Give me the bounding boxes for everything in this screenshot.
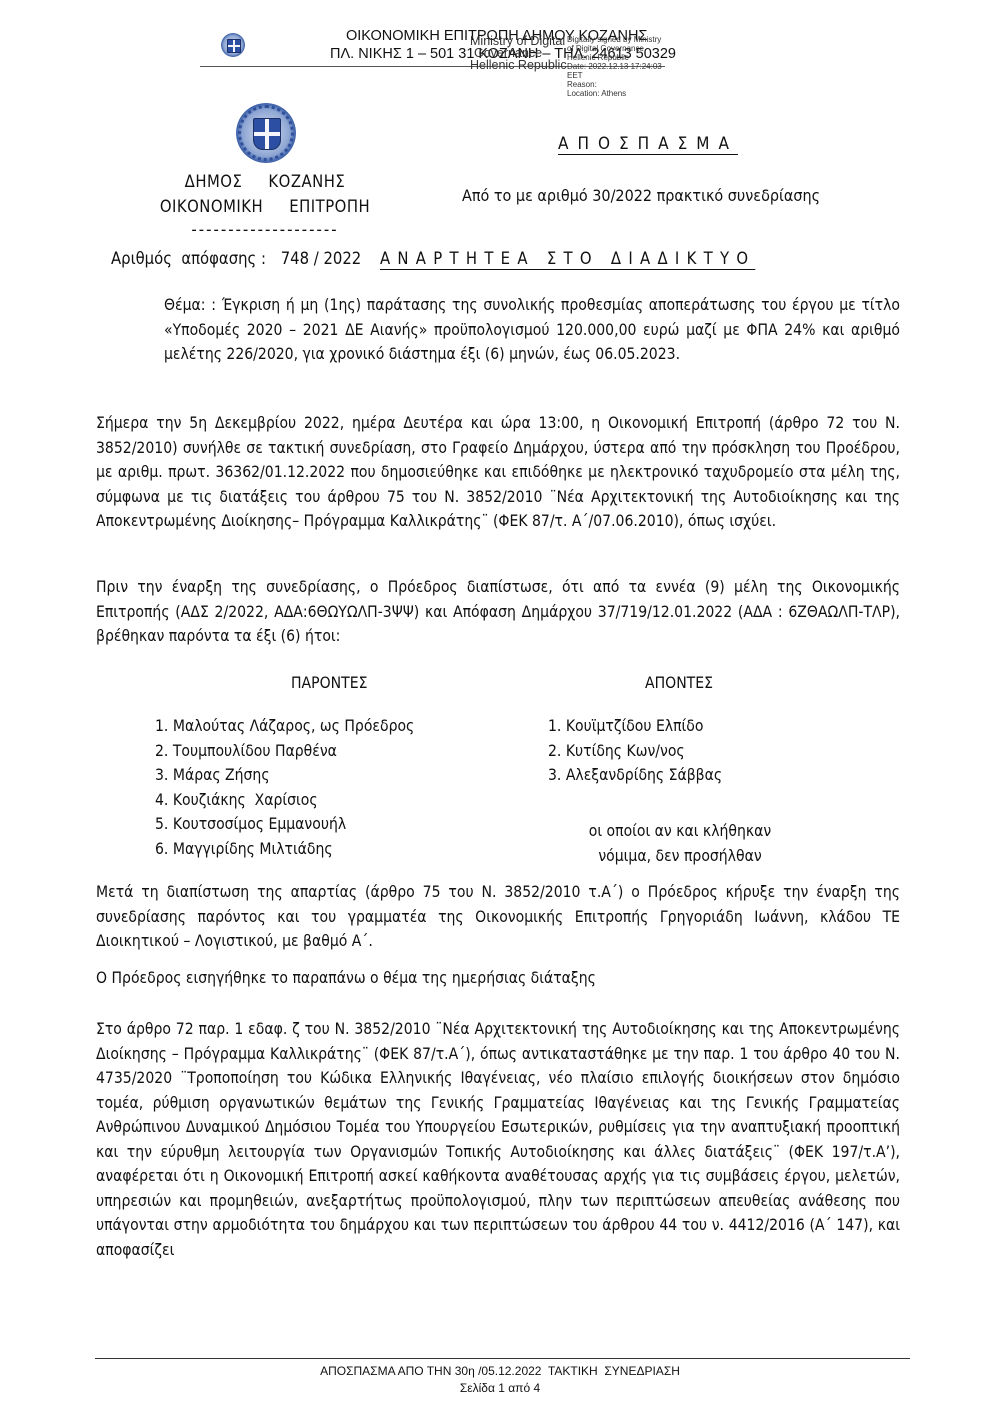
absent-header: ΑΠΟΝΤΕΣ (645, 674, 713, 692)
footer-title: ΑΠΟΣΠΑΣΜΑ ΑΠΟ ΤΗΝ 30η /05.12.2022 ΤΑΚΤΙΚ… (0, 1364, 1000, 1378)
subject-paragraph: Θέμα: : Έγκριση ή μη (1ης) παράτασης της… (164, 293, 900, 367)
decision-line: Αριθμός απόφασης : 748 / 2022 ΑΝΑΡΤΗΤΕΑ … (111, 249, 755, 268)
list-item: 6. Μαγγιρίδης Μιλτιάδης (155, 837, 414, 862)
present-list: 1. Μαλούτας Λάζαρος, ως Πρόεδρος 2. Τουμ… (155, 714, 414, 861)
secretary-paragraph: Μετά τη διαπίστωση της απαρτίας (άρθρο 7… (96, 880, 900, 954)
absent-note: οι οποίοι αν και κλήθηκαν νόμιμα, δεν πρ… (560, 819, 800, 868)
list-item: 4. Κουζιάκης Χαρίσιος (155, 788, 414, 813)
list-item: 1. Μαλούτας Λάζαρος, ως Πρόεδρος (155, 714, 414, 739)
absent-list: 1. Κουϊμτζίδου Ελπίδο 2. Κυτίδης Κων/νος… (548, 714, 722, 788)
letterhead-dashes: -------------------- (130, 220, 400, 239)
list-item: 3. Μάρας Ζήσης (155, 763, 414, 788)
quorum-paragraph: Πριν την έναρξη της συνεδρίασης, ο Πρόεδ… (96, 575, 900, 649)
meeting-paragraph: Σήμερα την 5η Δεκεμβρίου 2022, ημέρα Δευ… (96, 411, 900, 534)
footer-rule (95, 1358, 910, 1359)
document-subtitle: Από το με αριθμό 30/2022 πρακτικό συνεδρ… (462, 186, 820, 205)
list-item: 2. Κυτίδης Κων/νος (548, 739, 722, 764)
document-title: ΑΠΟΣΠΑΣΜΑ (558, 134, 738, 154)
municipality-name: ΔΗΜΟΣ ΚΟΖΑΝΗΣ (130, 172, 400, 191)
greek-coat-of-arms-icon (236, 103, 296, 163)
publish-notice: ΑΝΑΡΤΗΤΕΑ ΣΤΟ ΔΙΑΔΙΚΤΥΟ (380, 249, 755, 268)
list-item: 1. Κουϊμτζίδου Ελπίδο (548, 714, 722, 739)
decision-number: 748 / 2022 (281, 249, 362, 268)
greek-coat-of-arms-icon (221, 33, 245, 57)
page-number: Σελίδα 1 από 4 (0, 1381, 1000, 1395)
signature-details: Digitally signed by Ministry of Digital … (567, 35, 662, 98)
list-item: 3. Αλεξανδρίδης Σάββας (548, 763, 722, 788)
signature-signer: Ministry of Digital Governance Hellenic … (470, 35, 567, 71)
list-item: 5. Κουτσοσίμος Εμμανουήλ (155, 812, 414, 837)
digital-signature-stamp: Ministry of Digital Governance Hellenic … (470, 35, 567, 71)
legal-basis-paragraph: Στο άρθρο 72 παρ. 1 εδαφ. ζ του Ν. 3852/… (96, 1017, 900, 1262)
chair-introduction: Ο Πρόεδρος εισηγήθηκε το παραπάνω ο θέμα… (96, 966, 900, 991)
present-header: ΠΑΡΟΝΤΕΣ (291, 674, 367, 692)
decision-label: Αριθμός απόφασης : (111, 249, 266, 268)
list-item: 2. Τουμπουλίδου Παρθένα (155, 739, 414, 764)
committee-name: ΟΙΚΟΝΟΜΙΚΗ ΕΠΙΤΡΟΠΗ (130, 197, 400, 216)
